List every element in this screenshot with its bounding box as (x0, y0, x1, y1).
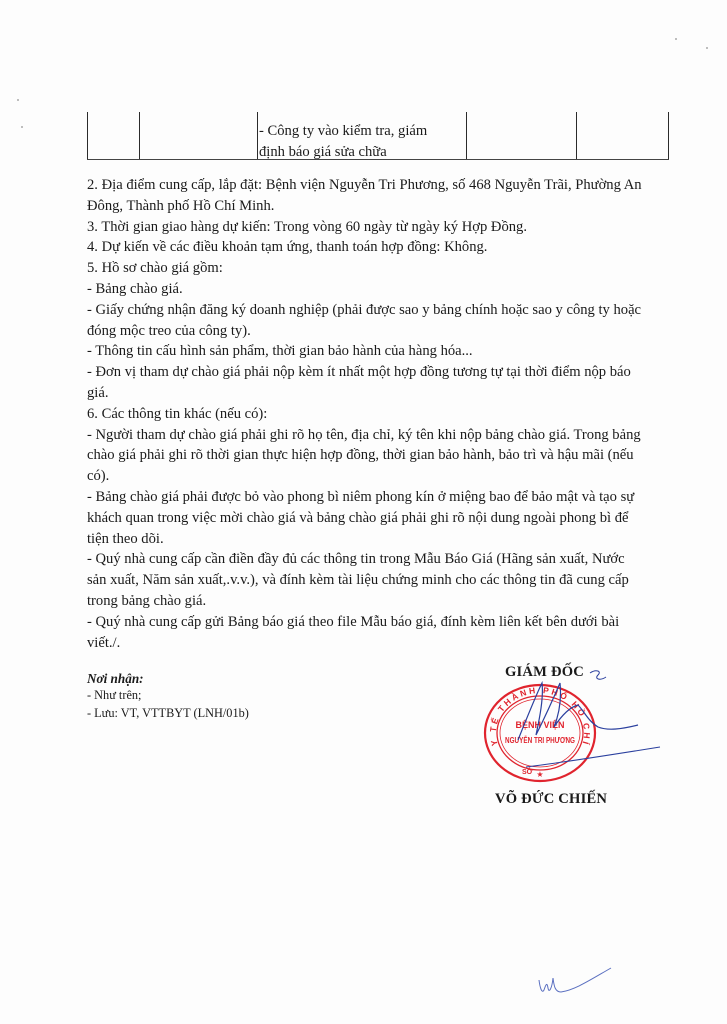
scan-speck (675, 38, 677, 40)
other-info-send-template: - Quý nhà cung cấp gửi Bảng báo giá theo… (87, 612, 647, 654)
quote-table-fragment: - Công ty vào kiểm tra, giám định báo gi… (87, 112, 669, 160)
table-cell-line: - Công ty vào kiểm tra, giám (259, 121, 469, 142)
dossier-business-certificate: - Giấy chứng nhận đăng ký doanh nghiệp (… (87, 300, 647, 342)
dossier-quote-sheet: - Bảng chào giá. (87, 279, 647, 300)
scan-speck (21, 126, 23, 128)
table-column-border (576, 112, 577, 160)
dossier-similar-contract: - Đơn vị tham dự chào giá phải nộp kèm í… (87, 362, 647, 404)
item-other-info: 6. Các thông tin khác (nếu có): (87, 404, 647, 425)
initial-mark-icon (535, 958, 615, 998)
signer-name: VÕ ĐỨC CHIẾN (495, 791, 607, 808)
item-quote-dossier: 5. Hồ sơ chào giá gồm: (87, 258, 647, 279)
other-info-sealed-envelope: - Bảng chào giá phải được bỏ vào phong b… (87, 487, 647, 549)
table-cell-line: định báo giá sửa chữa (259, 142, 469, 163)
dossier-product-config: - Thông tin cấu hình sản phẩm, thời gian… (87, 341, 647, 362)
table-column-border (668, 112, 669, 160)
other-info-bidder-details: - Người tham dự chào giá phải ghi rõ họ … (87, 425, 647, 487)
scan-speck (706, 47, 708, 49)
document-page: - Công ty vào kiểm tra, giám định báo gi… (0, 0, 727, 1024)
other-info-fill-template: - Quý nhà cung cấp cần điền đầy đủ các t… (87, 549, 647, 611)
table-column-border (87, 112, 88, 160)
table-cell-description: - Công ty vào kiểm tra, giám định báo gi… (259, 121, 469, 163)
item-payment-terms: 4. Dự kiến về các điều khoản tạm ứng, th… (87, 237, 647, 258)
scan-speck (17, 99, 19, 101)
item-delivery-location: 2. Địa điểm cung cấp, lắp đặt: Bệnh viện… (87, 175, 647, 217)
document-body: 2. Địa điểm cung cấp, lắp đặt: Bệnh viện… (87, 175, 647, 653)
recipient-item: - Như trên; (87, 687, 347, 705)
table-column-border (139, 112, 140, 160)
recipients-block: Nơi nhận: - Như trên; - Lưu: VT, VTTBYT … (87, 670, 347, 722)
recipients-title: Nơi nhận: (87, 670, 347, 687)
item-delivery-time: 3. Thời gian giao hàng dự kiến: Trong vò… (87, 217, 647, 238)
recipient-item: - Lưu: VT, VTTBYT (LNH/01b) (87, 705, 347, 723)
